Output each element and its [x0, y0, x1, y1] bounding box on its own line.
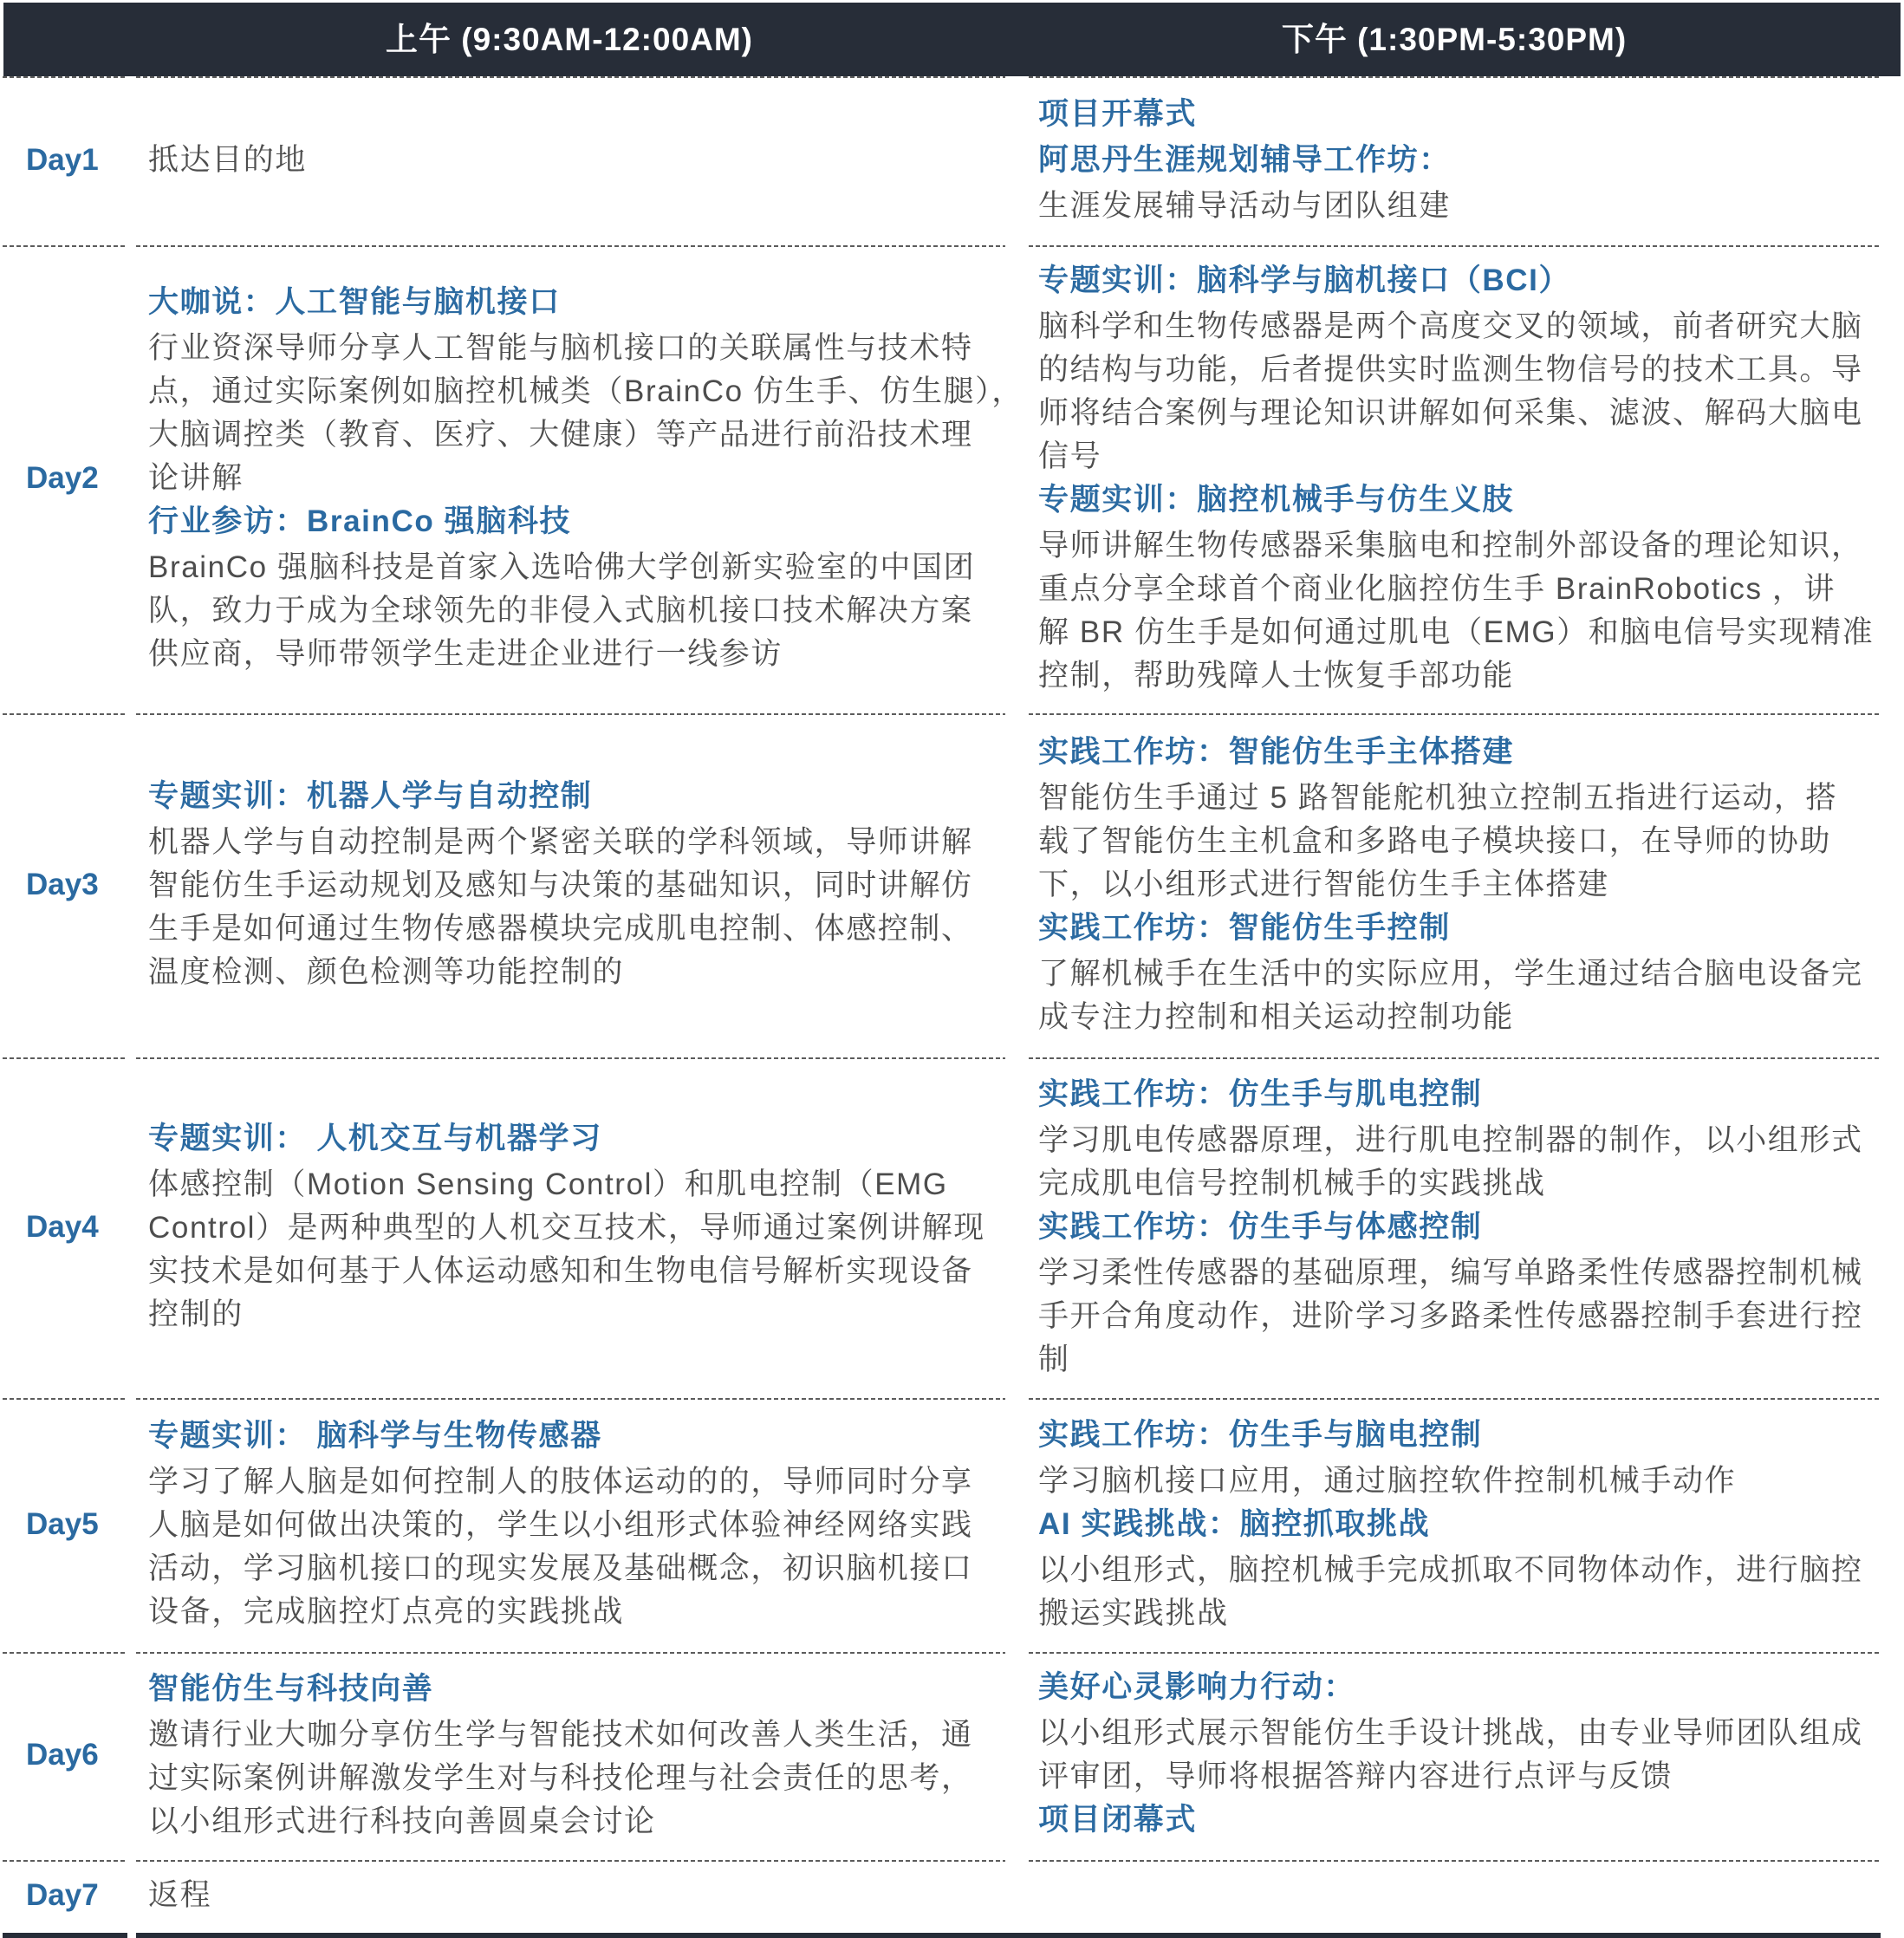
session: 实践工作坊：仿生手与脑电控制 学习脑机接口应用，通过脑控软件控制机械手动作 [1038, 1414, 1881, 1503]
session-text-line: 点，通过实际案例如脑控机械类（BrainCo 仿生手、仿生腿）， [148, 370, 1005, 413]
day-label-cell: Day3 [0, 715, 130, 1057]
session: 实践工作坊：仿生手与肌电控制 学习肌电传感器原理，进行肌电控制器的制作，以小组形… [1038, 1073, 1881, 1206]
session-text-line: 学习肌电传感器原理，进行肌电控制器的制作，以小组形式 [1038, 1119, 1881, 1162]
session-title: 阿思丹生涯规划辅导工作坊： [1038, 139, 1881, 182]
afternoon-cell: 专题实训：脑科学与脑机接口（BCI） 脑科学和生物传感器是两个高度交叉的领域，前… [1029, 247, 1881, 713]
session-text-line: 行业资深导师分享人工智能与脑机接口的关联属性与技术特 [148, 327, 1005, 370]
day-label: Day5 [26, 1503, 130, 1546]
session-text-line: 成专注力控制和相关运动控制功能 [1038, 996, 1881, 1039]
session-text-line: 温度检测、颜色检测等功能控制的 [148, 951, 1005, 994]
day-label-cell: Day4 [0, 1059, 130, 1398]
day-label-cell: Day2 [0, 247, 130, 713]
session-text-line: 师将结合案例与理论知识讲解如何采集、滤波、解码大脑电 [1038, 392, 1881, 435]
session-text-line: 大脑调控类（教育、医疗、大健康）等产品进行前沿技术理 [148, 413, 1005, 457]
session: 专题实训：脑科学与脑机接口（BCI） 脑科学和生物传感器是两个高度交叉的领域，前… [1038, 259, 1881, 478]
session-text-line: 设备，完成脑控灯点亮的实践挑战 [148, 1590, 1005, 1634]
day-label: Day2 [26, 457, 130, 500]
session-text-line: 活动，学习脑机接口的现实发展及基础概念，初识脑机接口 [148, 1547, 1005, 1590]
session: 专题实训： 人机交互与机器学习 体感控制（Motion Sensing Cont… [148, 1117, 1005, 1336]
session-text-line: 学习了解人脑是如何控制人的肢体运动的的，导师同时分享 [148, 1460, 1005, 1504]
session-text-line: 人脑是如何做出决策的，学生以小组形式体验神经网络实践 [148, 1504, 1005, 1547]
session-text-line: 学习柔性传感器的基础原理，编写单路柔性传感器控制机械 [1038, 1252, 1881, 1295]
session-title: 专题实训：机器人学与自动控制 [148, 775, 1005, 818]
session-text-line: 下，以小组形式进行智能仿生手主体搭建 [1038, 863, 1881, 907]
session-text-line: 评审团，导师将根据答辩内容进行点评与反馈 [1038, 1755, 1881, 1798]
session-text-line: 重点分享全球首个商业化脑控仿生手 BrainRobotics ，讲 [1038, 568, 1881, 611]
day-label: Day3 [26, 863, 130, 907]
session-text-line: 抵达目的地 [148, 139, 1005, 182]
session: 专题实训：脑控机械手与仿生义肢 导师讲解生物传感器采集脑电和控制外部设备的理论知… [1038, 478, 1881, 698]
session-text-line: 信号 [1038, 435, 1881, 478]
session-title: 专题实训： 脑科学与生物传感器 [148, 1414, 1005, 1458]
schedule-table: 上午 (9:30AM-12:00AM) 下午 (1:30PM-5:30PM) D… [0, 0, 1904, 1938]
morning-cell: 专题实训： 脑科学与生物传感器 学习了解人脑是如何控制人的肢体运动的的，导师同时… [136, 1400, 1005, 1652]
session: 智能仿生与科技向善 邀请行业大咖分享仿生学与智能技术如何改善人类生活，通 过实际… [148, 1668, 1005, 1844]
day-label: Day6 [26, 1733, 130, 1777]
session-text-line: 了解机械手在生活中的实际应用，学生通过结合脑电设备完 [1038, 953, 1881, 996]
session-title: 专题实训：脑科学与脑机接口（BCI） [1038, 259, 1881, 302]
session: 实践工作坊：仿生手与体感控制 学习柔性传感器的基础原理，编写单路柔性传感器控制机… [1038, 1206, 1881, 1382]
morning-cell: 专题实训：机器人学与自动控制 机器人学与自动控制是两个紧密关联的学科领域，导师讲… [136, 715, 1005, 1057]
session-text-line: 供应商，导师带领学生走进企业进行一线参访 [148, 633, 1005, 676]
session-text-line: 载了智能仿生主机盒和多路电子模块接口，在导师的协助 [1038, 820, 1881, 863]
schedule-row-day2: Day2 大咖说：人工智能与脑机接口 行业资深导师分享人工智能与脑机接口的关联属… [0, 247, 1904, 713]
session-title: 实践工作坊：仿生手与肌电控制 [1038, 1073, 1881, 1116]
session: 行业参访：BrainCo 强脑科技 BrainCo 强脑科技是首家入选哈佛大学创… [148, 500, 1005, 676]
session-text-line: 完成肌电信号控制机械手的实践挑战 [1038, 1162, 1881, 1206]
morning-column-header: 上午 (9:30AM-12:00AM) [386, 3, 753, 76]
session-text-line: 导师讲解生物传感器采集脑电和控制外部设备的理论知识， [1038, 524, 1881, 568]
afternoon-cell: 项目开幕式 阿思丹生涯规划辅导工作坊： 生涯发展辅导活动与团队组建 [1029, 78, 1881, 245]
session-text-line: BrainCo 强脑科技是首家入选哈佛大学创新实验室的中国团 [148, 546, 1005, 589]
schedule-row-day6: Day6 智能仿生与科技向善 邀请行业大咖分享仿生学与智能技术如何改善人类生活，… [0, 1654, 1904, 1860]
day-label-cell: Day1 [0, 78, 130, 245]
session-text-line: 返程 [148, 1874, 1005, 1917]
session-text-line: 实技术是如何基于人体运动感知和生物电信号解析实现设备 [148, 1250, 1005, 1293]
schedule-row-day7: Day7 返程 [0, 1862, 1904, 1933]
session-title: 美好心灵影响力行动： [1038, 1666, 1881, 1709]
session-text-line: Control）是两种典型的人机交互技术，导师通过案例讲解现 [148, 1206, 1005, 1250]
session: 专题实训： 脑科学与生物传感器 学习了解人脑是如何控制人的肢体运动的的，导师同时… [148, 1414, 1005, 1634]
session-text-line: 以小组形式进行科技向善圆桌会讨论 [148, 1800, 1005, 1844]
session-text-line: 以小组形式展示智能仿生手设计挑战，由专业导师团队组成 [1038, 1712, 1881, 1755]
morning-cell: 大咖说：人工智能与脑机接口 行业资深导师分享人工智能与脑机接口的关联属性与技术特… [136, 247, 1005, 713]
afternoon-cell: 实践工作坊：仿生手与肌电控制 学习肌电传感器原理，进行肌电控制器的制作，以小组形… [1029, 1059, 1881, 1398]
session-text-line: 学习脑机接口应用，通过脑控软件控制机械手动作 [1038, 1460, 1881, 1503]
day-label-cell: Day6 [0, 1654, 130, 1860]
day-label: Day4 [26, 1206, 130, 1249]
afternoon-cell: 实践工作坊：仿生手与脑电控制 学习脑机接口应用，通过脑控软件控制机械手动作 AI… [1029, 1400, 1881, 1652]
session: 项目闭幕式 [1038, 1798, 1881, 1844]
schedule-row-day4: Day4 专题实训： 人机交互与机器学习 体感控制（Motion Sensing… [0, 1059, 1904, 1398]
session-text-line: 控制，帮助残障人士恢复手部功能 [1038, 654, 1881, 698]
session-text-line: 智能仿生手运动规划及感知与决策的基础知识，同时讲解仿 [148, 864, 1005, 907]
session: 实践工作坊：智能仿生手控制 了解机械手在生活中的实际应用，学生通过结合脑电设备完… [1038, 907, 1881, 1039]
session: 专题实训：机器人学与自动控制 机器人学与自动控制是两个紧密关联的学科领域，导师讲… [148, 775, 1005, 994]
table-bottom-rule [0, 1933, 1904, 1938]
session: AI 实践挑战：脑控抓取挑战 以小组形式，脑控机械手完成抓取不同物体动作，进行脑… [1038, 1503, 1881, 1636]
day-label: Day7 [26, 1874, 130, 1917]
session-title: 实践工作坊：仿生手与脑电控制 [1038, 1414, 1881, 1457]
session-text-line: 脑科学和生物传感器是两个高度交叉的领域，前者研究大脑 [1038, 305, 1881, 348]
session-text-line: 控制的 [148, 1293, 1005, 1336]
morning-cell: 智能仿生与科技向善 邀请行业大咖分享仿生学与智能技术如何改善人类生活，通 过实际… [136, 1654, 1005, 1860]
morning-cell: 抵达目的地 [136, 78, 1005, 245]
session: 阿思丹生涯规划辅导工作坊： 生涯发展辅导活动与团队组建 [1038, 139, 1881, 228]
session-title: 实践工作坊：智能仿生手主体搭建 [1038, 731, 1881, 774]
session-title: 大咖说：人工智能与脑机接口 [148, 281, 1005, 324]
session-text-line: 生涯发展辅导活动与团队组建 [1038, 185, 1881, 228]
session-title: 智能仿生与科技向善 [148, 1668, 1005, 1711]
session-title: 实践工作坊：仿生手与体感控制 [1038, 1206, 1881, 1249]
session: 美好心灵影响力行动： 以小组形式展示智能仿生手设计挑战，由专业导师团队组成 评审… [1038, 1666, 1881, 1798]
day-label-cell: Day5 [0, 1400, 130, 1652]
session-text-line: 机器人学与自动控制是两个紧密关联的学科领域，导师讲解 [148, 821, 1005, 864]
afternoon-cell: 美好心灵影响力行动： 以小组形式展示智能仿生手设计挑战，由专业导师团队组成 评审… [1029, 1654, 1881, 1860]
session-text-line: 过实际案例讲解激发学生对与科技伦理与社会责任的思考， [148, 1757, 1005, 1800]
session-text-line: 生手是如何通过生物传感器模块完成肌电控制、体感控制、 [148, 907, 1005, 951]
session-title: 专题实训：脑控机械手与仿生义肢 [1038, 478, 1881, 522]
session-text-line: 搬运实践挑战 [1038, 1592, 1881, 1636]
session-text-line: 的结构与功能，后者提供实时监测生物信号的技术工具。导 [1038, 348, 1881, 392]
session-title: 项目闭幕式 [1038, 1798, 1881, 1842]
afternoon-cell: 实践工作坊：智能仿生手主体搭建 智能仿生手通过 5 路智能舵机独立控制五指进行运… [1029, 715, 1881, 1057]
session-title: 项目开幕式 [1038, 93, 1881, 136]
morning-cell: 返程 [136, 1862, 1005, 1933]
session-text-line: 解 BR 仿生手是如何通过肌电（EMG）和脑电信号实现精准 [1038, 611, 1881, 654]
session-title: 专题实训： 人机交互与机器学习 [148, 1117, 1005, 1161]
table-header: 上午 (9:30AM-12:00AM) 下午 (1:30PM-5:30PM) [3, 3, 1901, 76]
afternoon-column-header: 下午 (1:30PM-5:30PM) [1282, 3, 1627, 76]
session-text-line: 邀请行业大咖分享仿生学与智能技术如何改善人类生活，通 [148, 1714, 1005, 1757]
session-text-line: 手开合角度动作，进阶学习多路柔性传感器控制手套进行控 [1038, 1295, 1881, 1338]
session: 返程 [148, 1874, 1005, 1917]
session-text-line: 论讲解 [148, 457, 1005, 500]
schedule-row-day5: Day5 专题实训： 脑科学与生物传感器 学习了解人脑是如何控制人的肢体运动的的… [0, 1400, 1904, 1652]
session-text-line: 制 [1038, 1338, 1881, 1382]
afternoon-cell [1029, 1862, 1881, 1933]
morning-cell: 专题实训： 人机交互与机器学习 体感控制（Motion Sensing Cont… [136, 1059, 1005, 1398]
session: 抵达目的地 [148, 139, 1005, 182]
session: 项目开幕式 [1038, 93, 1881, 139]
session-text-line: 体感控制（Motion Sensing Control）和肌电控制（EMG [148, 1163, 1005, 1206]
schedule-row-day3: Day3 专题实训：机器人学与自动控制 机器人学与自动控制是两个紧密关联的学科领… [0, 715, 1904, 1057]
schedule-row-day1: Day1 抵达目的地 项目开幕式 阿思丹生涯规划辅导工作坊： 生涯发展辅导活动与… [0, 78, 1904, 245]
session-text-line: 智能仿生手通过 5 路智能舵机独立控制五指进行运动，搭 [1038, 777, 1881, 820]
session-title: 行业参访：BrainCo 强脑科技 [148, 500, 1005, 543]
day-label: Day1 [26, 139, 130, 182]
session-title: AI 实践挑战：脑控抓取挑战 [1038, 1503, 1881, 1546]
session-text-line: 以小组形式，脑控机械手完成抓取不同物体动作，进行脑控 [1038, 1549, 1881, 1592]
session-text-line: 队，致力于成为全球领先的非侵入式脑机接口技术解决方案 [148, 589, 1005, 633]
day-label-cell: Day7 [0, 1862, 130, 1933]
session: 实践工作坊：智能仿生手主体搭建 智能仿生手通过 5 路智能舵机独立控制五指进行运… [1038, 731, 1881, 907]
session: 大咖说：人工智能与脑机接口 行业资深导师分享人工智能与脑机接口的关联属性与技术特… [148, 281, 1005, 500]
session-title: 实践工作坊：智能仿生手控制 [1038, 907, 1881, 950]
